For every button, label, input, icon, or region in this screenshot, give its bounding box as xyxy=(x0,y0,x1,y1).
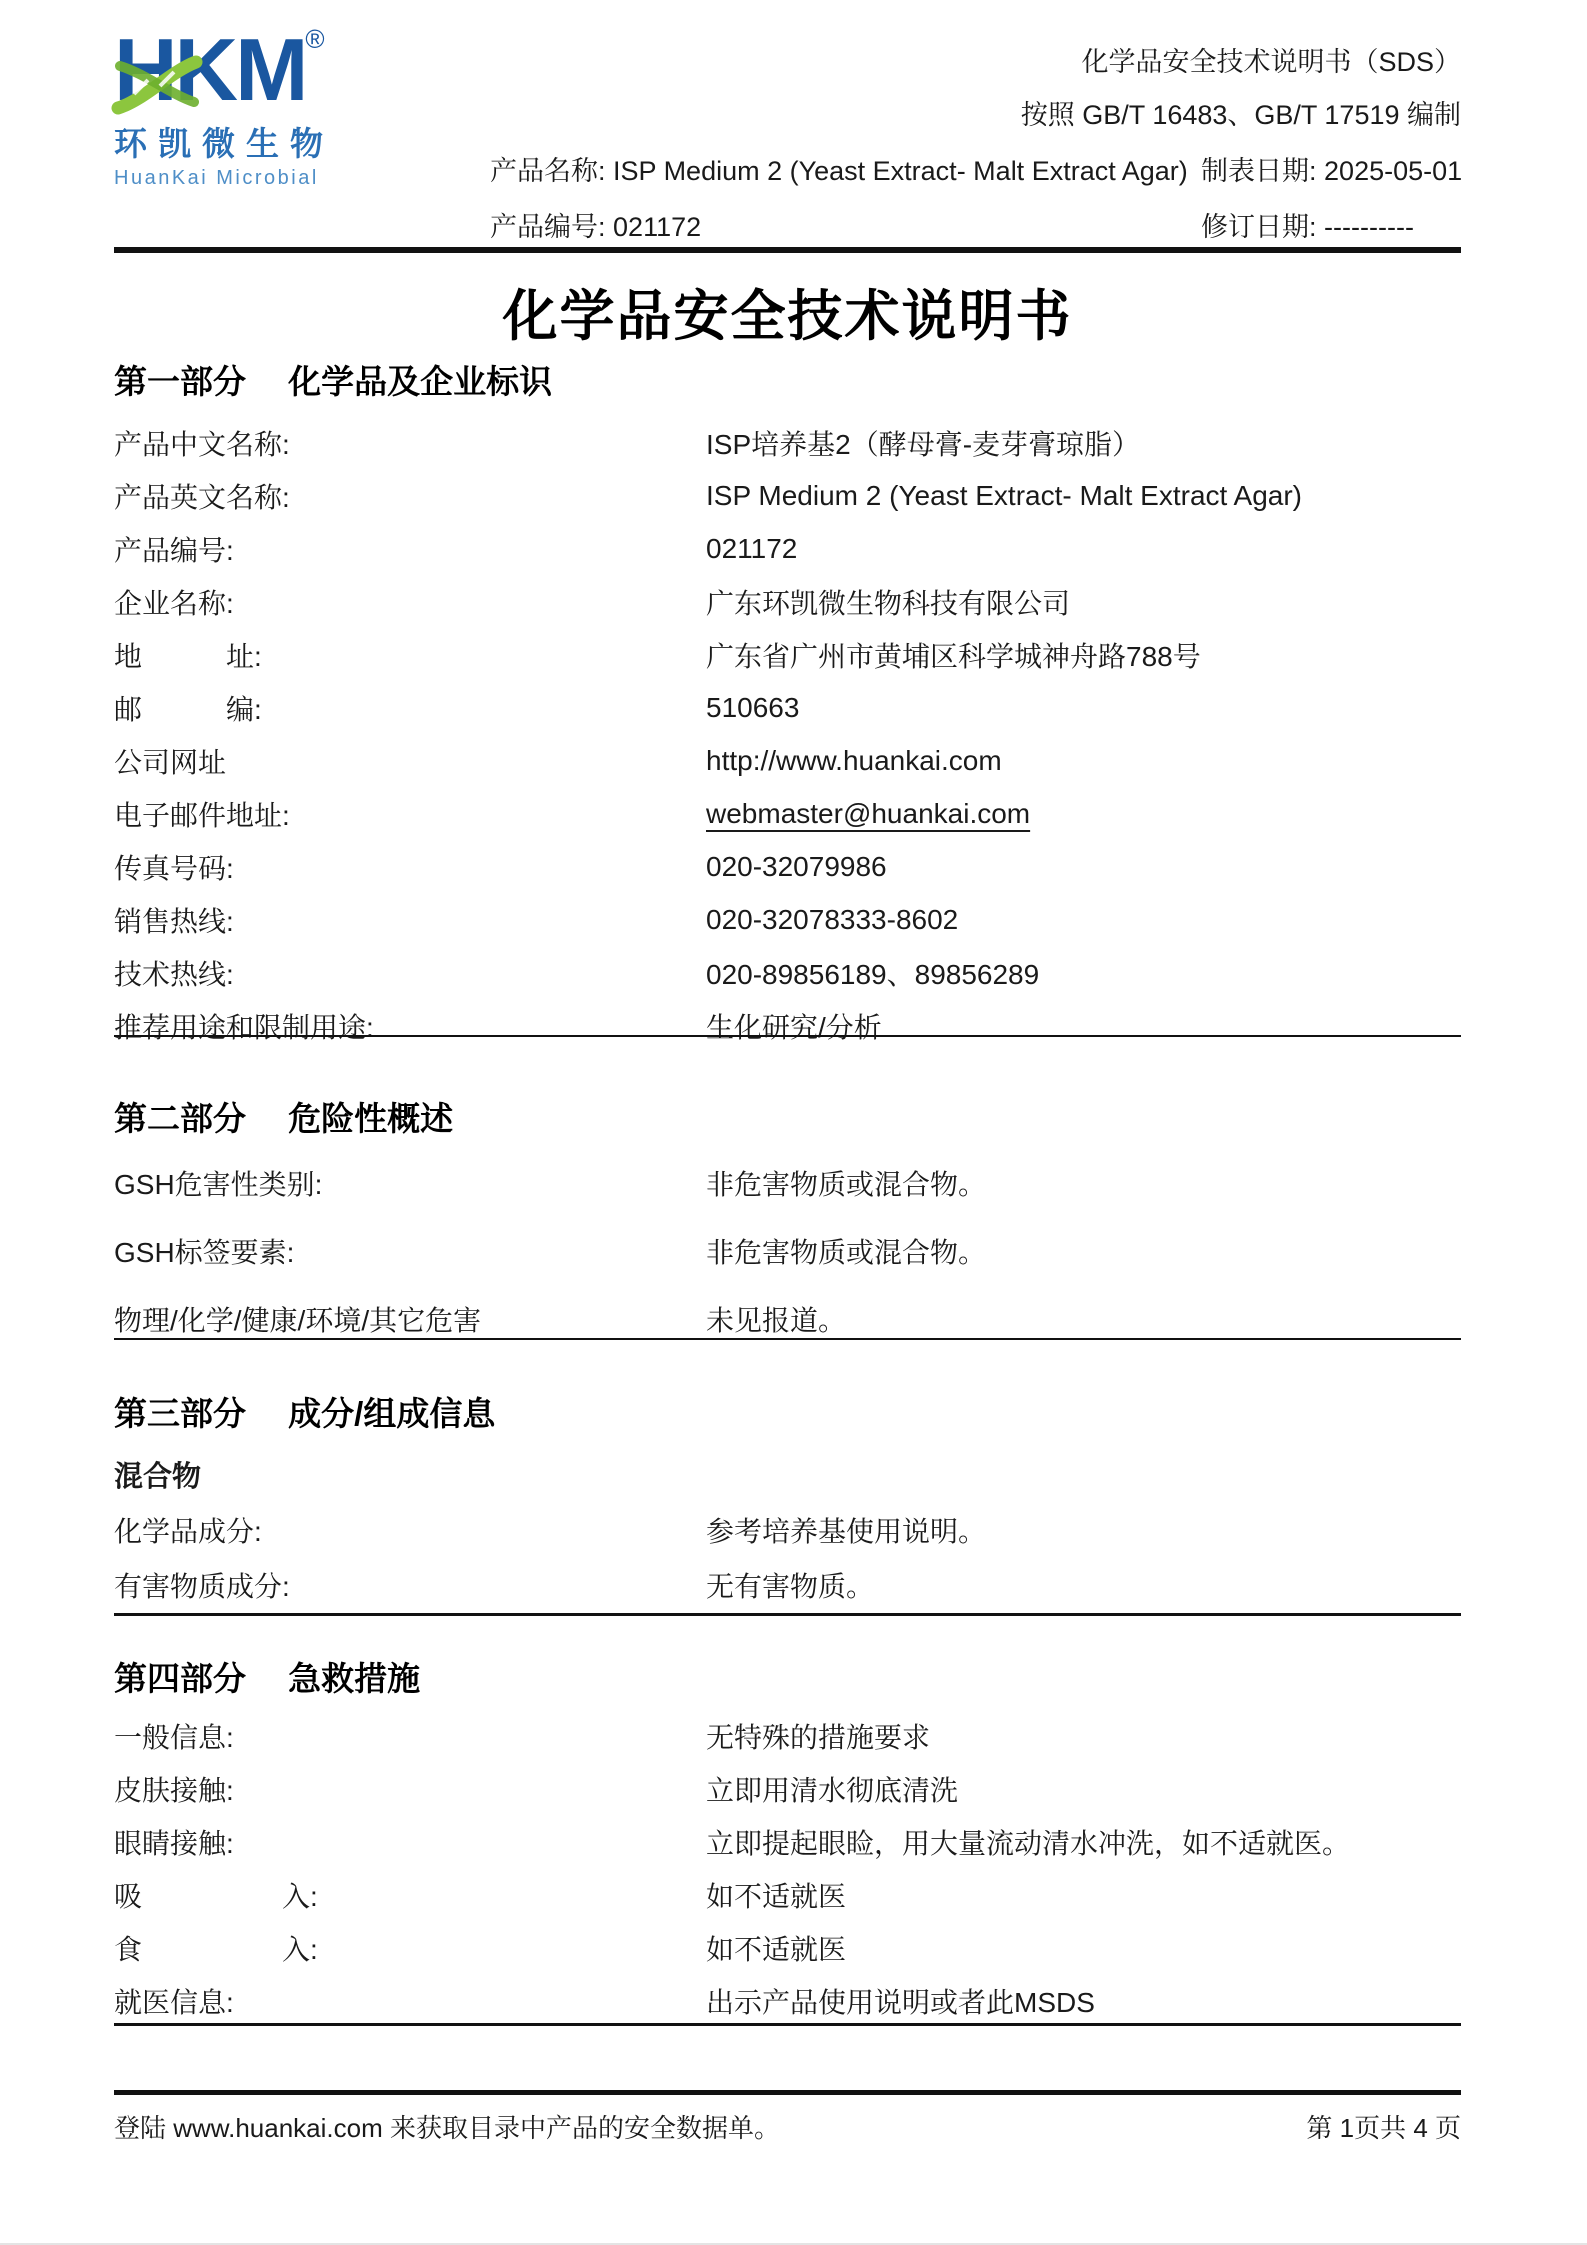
field-row-recommended-use: 推荐用途和限制用途: 生化研究/分析 xyxy=(114,999,1461,1052)
section-hazard-overview: 第二部分 危险性概述 GSH危害性类别: 非危害物质或混合物。 GSH标签要素:… xyxy=(114,1093,1461,1353)
doc-type-line: 化学品安全技术说明书（SDS） xyxy=(490,40,1461,79)
footer-note: 登陆 www.huankai.com 来获取目录中产品的安全数据单。 xyxy=(114,2108,1306,2145)
field-row-gsh-label-elements: GSH标签要素: 非危害物质或混合物。 xyxy=(114,1217,1461,1285)
field-row-company-name: 企业名称: 广东环凯微生物科技有限公司 xyxy=(114,575,1461,628)
field-row-product-cn-name: 产品中文名称: ISP培养基2（酵母膏-麦芽膏琼脂） xyxy=(114,416,1461,469)
section-3-divider xyxy=(114,1613,1461,1616)
product-name-line: 产品名称: ISP Medium 2 (Yeast Extract- Malt … xyxy=(490,149,1461,188)
section-3-heading: 第三部分 成分/组成信息 xyxy=(114,1388,1461,1446)
revision-date: 修订日期: ---------- xyxy=(1201,205,1461,244)
footer-divider xyxy=(114,2090,1461,2095)
field-row-ingestion: 食 入: 如不适就医 xyxy=(114,1921,1461,1974)
email-link[interactable]: webmaster@huankai.com xyxy=(706,798,1030,829)
field-row-gsh-hazard-class: GSH危害性类别: 非危害物质或混合物。 xyxy=(114,1149,1461,1217)
field-row-other-hazards: 物理/化学/健康/环境/其它危害 未见报道。 xyxy=(114,1285,1461,1353)
field-row-medical-info: 就医信息: 出示产品使用说明或者此MSDS xyxy=(114,1974,1461,2027)
field-row-eye-contact: 眼睛接触: 立即提起眼睑，用大量流动清水冲洗，如不适就医。 xyxy=(114,1815,1461,1868)
section-2-divider xyxy=(114,1338,1461,1340)
issue-date: 制表日期: 2025-05-01 xyxy=(1201,149,1461,188)
field-row-website: 公司网址 http://www.huankai.com xyxy=(114,734,1461,787)
logo-chinese-name: 环凯微生物 xyxy=(114,118,414,165)
field-row-product-en-name: 产品英文名称: ISP Medium 2 (Yeast Extract- Mal… xyxy=(114,469,1461,522)
field-row-email: 电子邮件地址: webmaster@huankai.com xyxy=(114,787,1461,840)
field-row-skin-contact: 皮肤接触: 立即用清水彻底清洗 xyxy=(114,1762,1461,1815)
page-footer: 登陆 www.huankai.com 来获取目录中产品的安全数据单。 第 1页共… xyxy=(114,2108,1461,2145)
header-info: 化学品安全技术说明书（SDS） 按照 GB/T 16483、GB/T 17519… xyxy=(490,40,1461,261)
company-logo: HKM® 环凯微生物 HuanKai Microbial xyxy=(114,24,414,190)
section-1-heading: 第一部分 化学品及企业标识 xyxy=(114,356,1461,416)
logo-english-name: HuanKai Microbial xyxy=(114,167,414,190)
field-row-inhalation: 吸 入: 如不适就医 xyxy=(114,1868,1461,1921)
standard-line: 按照 GB/T 16483、GB/T 17519 编制 xyxy=(490,93,1461,132)
registered-trademark-icon: ® xyxy=(305,24,324,54)
section-4-divider xyxy=(114,2023,1461,2026)
field-row-fax: 传真号码: 020-32079986 xyxy=(114,840,1461,893)
field-row-sales-hotline: 销售热线: 020-32078333-8602 xyxy=(114,893,1461,946)
product-name: 产品名称: ISP Medium 2 (Yeast Extract- Malt … xyxy=(490,149,1201,188)
document-title: 化学品安全技术说明书 xyxy=(114,272,1461,351)
field-row-tech-hotline: 技术热线: 020-89856189、89856289 xyxy=(114,946,1461,999)
section-4-heading: 第四部分 急救措施 xyxy=(114,1653,1461,1709)
product-code-line: 产品编号: 021172 修订日期: ---------- xyxy=(490,205,1461,244)
product-code: 产品编号: 021172 xyxy=(490,205,1201,244)
field-row-hazardous-components: 有害物质成分: 无有害物质。 xyxy=(114,1557,1461,1612)
mixture-subheading: 混合物 xyxy=(114,1446,1461,1502)
page-number: 第 1页共 4 页 xyxy=(1306,2108,1461,2145)
header-divider xyxy=(114,247,1461,253)
field-row-chemical-composition: 化学品成分: 参考培养基使用说明。 xyxy=(114,1502,1461,1557)
section-identification: 第一部分 化学品及企业标识 产品中文名称: ISP培养基2（酵母膏-麦芽膏琼脂）… xyxy=(114,356,1461,1052)
section-first-aid: 第四部分 急救措施 一般信息: 无特殊的措施要求 皮肤接触: 立即用清水彻底清洗… xyxy=(114,1653,1461,2027)
field-row-product-code: 产品编号: 021172 xyxy=(114,522,1461,575)
field-row-postcode: 邮 编: 510663 xyxy=(114,681,1461,734)
logo-mark: HKM® xyxy=(114,24,414,116)
logo-hkm-text: HKM xyxy=(114,24,305,116)
section-2-heading: 第二部分 危险性概述 xyxy=(114,1093,1461,1149)
section-1-divider xyxy=(114,1035,1461,1037)
field-row-address: 地 址: 广东省广州市黄埔区科学城神舟路788号 xyxy=(114,628,1461,681)
field-row-general-info: 一般信息: 无特殊的措施要求 xyxy=(114,1709,1461,1762)
sds-document-page: HKM® 环凯微生物 HuanKai Microbial 化学品安全技术说明书（… xyxy=(0,0,1587,2245)
section-composition: 第三部分 成分/组成信息 混合物 化学品成分: 参考培养基使用说明。 有害物质成… xyxy=(114,1388,1461,1612)
